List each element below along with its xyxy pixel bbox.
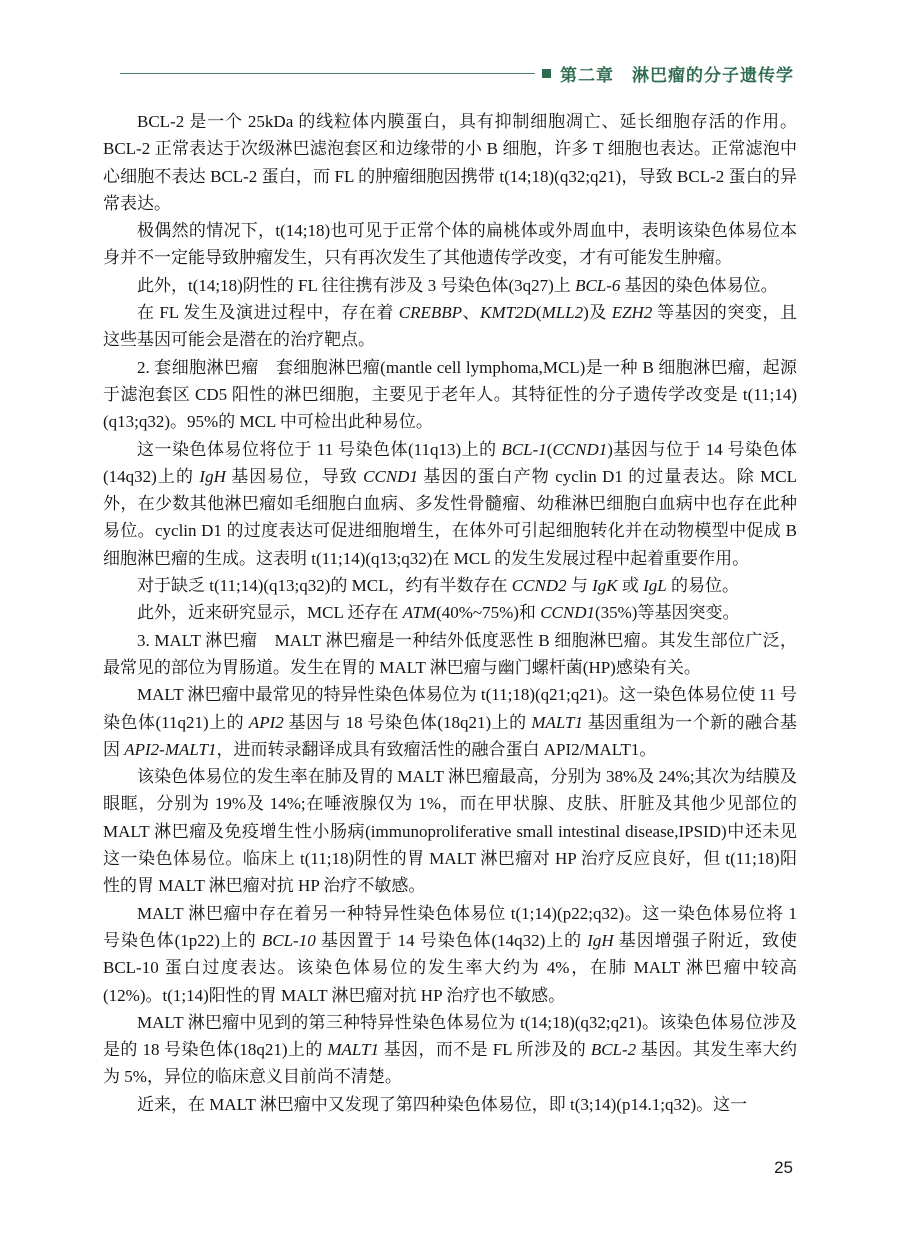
chapter-title: 第二章 淋巴瘤的分子遗传学 xyxy=(560,61,794,86)
text-run: 或 xyxy=(618,576,644,595)
text-run: 近来，在 MALT 淋巴瘤中又发现了第四种染色体易位，即 t(3;14)(p14… xyxy=(137,1095,747,1114)
text-run: 这一染色体易位将位于 11 号染色体(11q13)上的 xyxy=(137,440,501,459)
text-run: 在 FL 发生及演进过程中，存在着 xyxy=(137,303,399,322)
text-run: 该染色体易位的发生率在肺及胃的 MALT 淋巴瘤最高，分别为 38%及 24%;… xyxy=(103,767,797,895)
gene-name: IgH xyxy=(199,467,225,486)
paragraph: 极偶然的情况下，t(14;18)也可见于正常个体的扁桃体或外周血中，表明该染色体… xyxy=(103,217,797,272)
paragraph: 近来，在 MALT 淋巴瘤中又发现了第四种染色体易位，即 t(3;14)(p14… xyxy=(103,1091,797,1118)
gene-name: IgL xyxy=(643,576,667,595)
paragraph: MALT 淋巴瘤中最常见的特异性染色体易位为 t(11;18)(q21;q21)… xyxy=(103,681,797,763)
text-run: 对于缺乏 t(11;14)(q13;q32)的 MCL，约有半数存在 xyxy=(137,576,512,595)
paragraph: 这一染色体易位将位于 11 号染色体(11q13)上的 BCL-1(CCND1)… xyxy=(103,436,797,572)
page-number: 25 xyxy=(774,1158,793,1178)
gene-name: CCND1 xyxy=(540,603,595,622)
gene-name: API2-MALT1 xyxy=(124,740,216,759)
paragraph: 2. 套细胞淋巴瘤 套细胞淋巴瘤(mantle cell lymphoma,MC… xyxy=(103,354,797,436)
paragraph: 此外，t(14;18)阴性的 FL 往往携有涉及 3 号染色体(3q27)上 B… xyxy=(103,272,797,299)
gene-name: MLL2 xyxy=(542,303,584,322)
chapter-marker-square-icon xyxy=(542,69,551,78)
text-run: (40%~75%)和 xyxy=(436,603,540,622)
paragraph: MALT 淋巴瘤中存在着另一种特异性染色体易位 t(1;14)(p22;q32)… xyxy=(103,900,797,1009)
text-run: 此外，近来研究显示，MCL 还存在 xyxy=(137,603,403,622)
text-run: 2. 套细胞淋巴瘤 套细胞淋巴瘤(mantle cell lymphoma,MC… xyxy=(103,358,797,432)
gene-name: IgK xyxy=(592,576,618,595)
gene-name: API2 xyxy=(249,713,284,732)
paragraph: 该染色体易位的发生率在肺及胃的 MALT 淋巴瘤最高，分别为 38%及 24%;… xyxy=(103,763,797,899)
text-run: 3. MALT 淋巴瘤 MALT 淋巴瘤是一种结外低度恶性 B 细胞淋巴瘤。其发… xyxy=(103,631,797,677)
gene-name: BCL-2 xyxy=(591,1040,636,1059)
gene-name: EZH2 xyxy=(612,303,653,322)
text-run: 基因与 18 号染色体(18q21)上的 xyxy=(284,713,532,732)
chapter-header: 第二章 淋巴瘤的分子遗传学 xyxy=(120,62,794,84)
gene-name: IgH xyxy=(587,931,613,950)
gene-name: CREBBP xyxy=(399,303,462,322)
text-run: 基因的染色体易位。 xyxy=(620,276,777,295)
gene-name: BCL-6 xyxy=(575,276,620,295)
text-run: 基因易位，导致 xyxy=(226,467,363,486)
body-text: BCL-2 是一个 25kDa 的线粒体内膜蛋白，具有抑制细胞凋亡、延长细胞存活… xyxy=(103,108,797,1118)
text-run: 极偶然的情况下，t(14;18)也可见于正常个体的扁桃体或外周血中，表明该染色体… xyxy=(103,221,797,267)
gene-name: BCL-10 xyxy=(262,931,316,950)
paragraph: MALT 淋巴瘤中见到的第三种特异性染色体易位为 t(14;18)(q32;q2… xyxy=(103,1009,797,1091)
text-run: 、 xyxy=(462,303,480,322)
header-rule-line xyxy=(120,73,535,74)
text-run: 基因置于 14 号染色体(14q32)上的 xyxy=(316,931,587,950)
text-run: 与 xyxy=(567,576,593,595)
text-run: )及 xyxy=(583,303,612,322)
gene-name: KMT2D xyxy=(480,303,536,322)
paragraph: 在 FL 发生及演进过程中，存在着 CREBBP、KMT2D(MLL2)及 EZ… xyxy=(103,299,797,354)
gene-name: CCND1 xyxy=(363,467,418,486)
gene-name: ATM xyxy=(403,603,436,622)
paragraph: 3. MALT 淋巴瘤 MALT 淋巴瘤是一种结外低度恶性 B 细胞淋巴瘤。其发… xyxy=(103,627,797,682)
paragraph: 对于缺乏 t(11;14)(q13;q32)的 MCL，约有半数存在 CCND2… xyxy=(103,572,797,599)
gene-name: CCND2 xyxy=(512,576,567,595)
text-run: 基因，而不是 FL 所涉及的 xyxy=(379,1040,591,1059)
gene-name: BCL-1 xyxy=(501,440,546,459)
text-run: 的易位。 xyxy=(667,576,739,595)
gene-name: CCND1 xyxy=(552,440,607,459)
paragraph: BCL-2 是一个 25kDa 的线粒体内膜蛋白，具有抑制细胞凋亡、延长细胞存活… xyxy=(103,108,797,217)
paragraph: 此外，近来研究显示，MCL 还存在 ATM(40%~75%)和 CCND1(35… xyxy=(103,599,797,626)
text-run: 此外，t(14;18)阴性的 FL 往往携有涉及 3 号染色体(3q27)上 xyxy=(137,276,575,295)
gene-name: MALT1 xyxy=(327,1040,379,1059)
book-page: 第二章 淋巴瘤的分子遗传学 BCL-2 是一个 25kDa 的线粒体内膜蛋白，具… xyxy=(0,0,900,1234)
text-run: BCL-2 是一个 25kDa 的线粒体内膜蛋白，具有抑制细胞凋亡、延长细胞存活… xyxy=(103,112,797,213)
gene-name: MALT1 xyxy=(531,713,583,732)
text-run: (35%)等基因突变。 xyxy=(595,603,739,622)
text-run: ，进而转录翻译成具有致瘤活性的融合蛋白 API2/MALT1。 xyxy=(216,740,656,759)
